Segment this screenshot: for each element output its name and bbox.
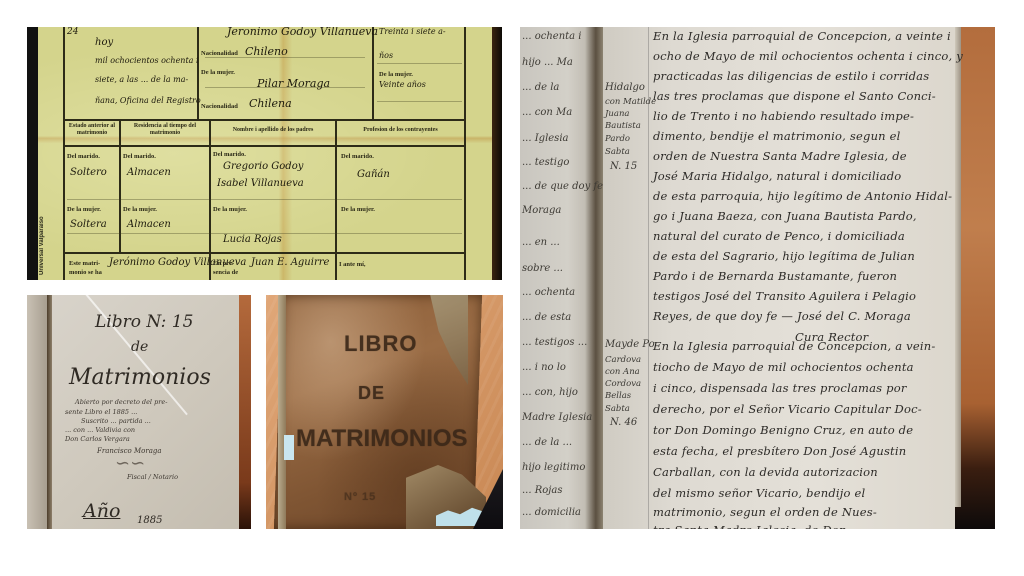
photo-book-cover: LIBRO DE MATRIMONIOS Nº 15 [266, 295, 503, 529]
left-page-fragment: ... ochenta i [522, 31, 582, 42]
left-page-fragment: ... testigo [522, 157, 569, 168]
form-husband-label: Del marido. [67, 153, 100, 160]
photo-ledger-page: ... ochenta i hijo ... Ma ... de la ... … [520, 27, 995, 529]
entry1-line: go i Juana Baeza, con Juana Bautista Par… [653, 209, 917, 223]
title-page-year-value: 1885 [137, 515, 162, 526]
form-header-padres: Nombre i apellido de los padres [211, 127, 335, 134]
ledger-page-edge [955, 27, 961, 507]
left-page-fragment: ... de esta [522, 312, 571, 323]
cover-title-line1: LIBRO [344, 331, 417, 357]
previous-page-edge [27, 295, 47, 529]
left-page-fragment: Madre Iglesia [522, 412, 592, 423]
form-padres-husband: Isabel Villanueva [217, 178, 304, 189]
title-page-body-line: Suscrito ... partida ... [81, 417, 151, 425]
margin-note-line: Bellas [605, 391, 631, 401]
left-page-fragment: ... domicilia [522, 507, 581, 518]
form-wife-name: Pilar Moraga [257, 77, 330, 90]
entry1-line: las tres proclamas que dispone el Santo … [653, 89, 936, 103]
left-page-fragment: ... con, hijo [522, 387, 578, 398]
form-bottom-left-label: Este matri- monio se ha [69, 259, 103, 277]
entry1-line: lio de Trento i no habiendo resultado im… [653, 109, 914, 123]
margin-note-line: Juana [605, 109, 630, 119]
form-wife-label: De la mujer. [341, 206, 375, 213]
left-page-fragment: Moraga [522, 205, 561, 216]
margin-note-line: Bautista [605, 121, 641, 131]
title-page-body-line: Abierto por decreto del pre- [75, 398, 167, 406]
form-wife-label: De la mujer. [67, 206, 101, 213]
entry1-line: José Maria Hidalgo, natural i domiciliad… [653, 169, 901, 183]
form-top-left-line: ñana, Oficina del Registro [95, 96, 201, 105]
entry2-line: del mismo señor Vicario, bendijo el [653, 486, 865, 500]
entry2-line: derecho, por el Señor Vicario Capitular … [653, 402, 922, 416]
form-estado-wife: Soltera [70, 219, 107, 230]
form-residencia-husband: Almacen [127, 167, 171, 178]
left-page-fragment: ... en ... [522, 237, 560, 248]
title-page-line1: Libro N: 15 [95, 312, 193, 332]
left-page-fragment: ... Iglesia [522, 133, 568, 144]
form-husband-label: Del marido. [123, 153, 156, 160]
margin-note-line: Cordova [605, 379, 641, 389]
entry2-line: tor Don Domingo Benigno Cruz, en auto de [653, 423, 913, 437]
title-page-line3: Matrimonios [69, 365, 211, 390]
form-padres-husband: Gregorio Godoy [223, 161, 303, 172]
form-rule [377, 101, 462, 102]
title-page-year-label: Año [83, 500, 120, 522]
form-bottom-right-label: I ante mí, [339, 261, 366, 268]
form-grid-line [197, 27, 199, 119]
photo-dark-border-right [492, 27, 502, 280]
form-wife-label: De la mujer. [201, 69, 235, 76]
form-wife-nationality-value: Chilena [249, 97, 292, 110]
form-wife-age-label: De la mujer. [379, 71, 413, 78]
form-grid-line [372, 27, 374, 119]
entry1-line: ocho de Mayo de mil ochocientos ochenta … [653, 49, 963, 63]
entry1-line: Pardo i de Bernarda Bustamante, fueron [653, 269, 897, 283]
entry1-line: Reyes, de que doy fe — José del C. Morag… [653, 309, 911, 323]
form-husband-label: Del marido. [341, 153, 374, 160]
form-age-line: Treinta i siete a- [379, 27, 446, 36]
entry1-line: de esta del Sagrario, hijo legítima de J… [653, 249, 915, 263]
title-page-body-line: sente Libro el 1885 ... [65, 408, 137, 416]
entry2-line: En la Iglesia parroquial de Concepcion, … [653, 339, 935, 353]
form-residencia-wife: Almacen [127, 219, 171, 230]
form-entry-number: 24 [67, 27, 78, 37]
left-page-fragment: ... con Ma [522, 107, 572, 118]
form-age-suffix: ños [379, 51, 393, 60]
cover-spine-edge [278, 295, 286, 529]
left-page-fragment: ... Rojas [522, 485, 562, 496]
margin-note-line: Sabta [605, 404, 630, 414]
entry1-line: dimento, bendije el matrimonio, segun el [653, 129, 901, 143]
margin-note-line: N. 15 [610, 161, 637, 172]
entry1-line: orden de Nuestra Santa Madre Iglesia, de [653, 149, 907, 163]
form-husband-name: Jeronimo Godoy Villanueva [227, 27, 378, 38]
entry1-line: de esta parroquia, hijo legítimo de Anto… [653, 189, 952, 203]
entry2-line: tra Santa Madre Iglesia, de Don [653, 523, 847, 529]
left-page-fragment: hijo legitimo [522, 462, 585, 473]
margin-note-line: Cardova [605, 355, 641, 365]
title-page-body-line: ... con ... Valdivia con [65, 426, 135, 434]
left-page-fragment: ... de que doy fe [522, 181, 603, 192]
form-rule [67, 199, 462, 200]
cover-title-line3: MATRIMONIOS [296, 425, 468, 453]
margin-note-line: con Matilde [605, 97, 656, 107]
form-nationality-value: Chileno [245, 45, 288, 58]
form-grid-line [63, 27, 65, 280]
wooden-table-edge [955, 27, 995, 529]
margin-note-line: con Ana [605, 367, 640, 377]
form-grid-line [63, 252, 464, 254]
entry2-line: i cinco, dispensada las tres proclamas p… [653, 381, 907, 395]
form-top-left-line: siete, a las ... de la ma- [95, 75, 188, 84]
title-page-signature: Fiscal / Notario [127, 473, 178, 481]
form-wife-age: Veinte años [379, 80, 426, 89]
entry2-line: matrimonio, segun el orden de Nues- [653, 505, 877, 519]
form-bottom-middle-value: Juan E. Aguirre [251, 257, 329, 268]
cover-title-line4: Nº 15 [344, 491, 376, 503]
form-grid-line [464, 27, 466, 280]
cover-title-line2: DE [358, 383, 385, 404]
form-wife-label: De la mujer. [123, 206, 157, 213]
ledger-gutter [585, 27, 603, 529]
margin-note-line: Sabta [605, 147, 630, 157]
form-nationality-label: Nacionalidad [201, 50, 238, 57]
form-rule [377, 63, 462, 64]
signature-flourish-icon: ∽∽ [115, 453, 145, 474]
margin-note-line: N. 46 [610, 417, 637, 428]
form-vertical-margin-text: Universal Valparaíso [39, 195, 51, 275]
title-page-line2: de [131, 339, 148, 355]
photo-title-page: Libro N: 15 de Matrimonios Abierto por d… [27, 295, 251, 529]
entry2-line: tiocho de Mayo de mil ochocientos ochent… [653, 360, 914, 374]
entry1-line: natural del curato de Penco, i domicilia… [653, 229, 905, 243]
entry1-line: practicadas las diligencias de estilo i … [653, 69, 929, 83]
entry2-line: Carballan, con la devida autorizacion [653, 465, 878, 479]
title-page-body-line: Don Carlos Vergara [65, 435, 130, 443]
form-profesion-husband: Gañán [357, 169, 390, 180]
left-page-fragment: sobre ... [522, 263, 563, 274]
left-page-fragment: ... de la ... [522, 437, 572, 448]
form-wife-nationality-label: Nacionalidad [201, 103, 238, 110]
left-page-fragment: hijo ... Ma [522, 57, 573, 68]
form-header-residencia: Residencia al tiempo del matrimonio [121, 123, 209, 137]
form-wife-label: De la mujer. [213, 206, 247, 213]
margin-note-line: Mayde Po [605, 339, 655, 350]
form-estado-husband: Soltero [70, 167, 107, 178]
left-page-fragment: ... ochenta [522, 287, 575, 298]
margin-note-line: Pardo [605, 134, 630, 144]
form-top-left-line: mil ochocientos ochenta i [95, 56, 199, 65]
form-top-left-line: hoy [95, 37, 113, 48]
form-grid-line [63, 145, 464, 147]
entry1-line: En la Iglesia parroquial de Concepcion, … [653, 29, 951, 43]
paper-tab [284, 435, 294, 460]
entry2-line: esta fecha, el presbítero Don José Agust… [653, 444, 906, 458]
form-bottom-middle-label: En pre- sencia de [213, 259, 243, 277]
photo-dark-border-left [27, 27, 38, 280]
left-page-fragment: ... testigos ... [522, 337, 587, 348]
left-page-fragment: ... de la [522, 82, 559, 93]
photo-civil-registry-form: Universal Valparaíso 24 hoy mil ochocien… [27, 27, 502, 280]
form-husband-label: Del marido. [213, 151, 246, 158]
entry1-line: testigos José del Transito Aguilera i Pe… [653, 289, 916, 303]
form-header-profesion: Profesion de los contrayentes [337, 127, 464, 134]
form-padres-wife: Lucia Rojas [223, 234, 282, 245]
left-page-fragment: ... i no lo [522, 362, 566, 373]
form-grid-line [63, 119, 464, 121]
margin-note-line: Hidalgo [605, 82, 645, 93]
wooden-table-edge [239, 295, 251, 529]
form-header-estado: Estado anterior al matrimonio [65, 123, 119, 137]
